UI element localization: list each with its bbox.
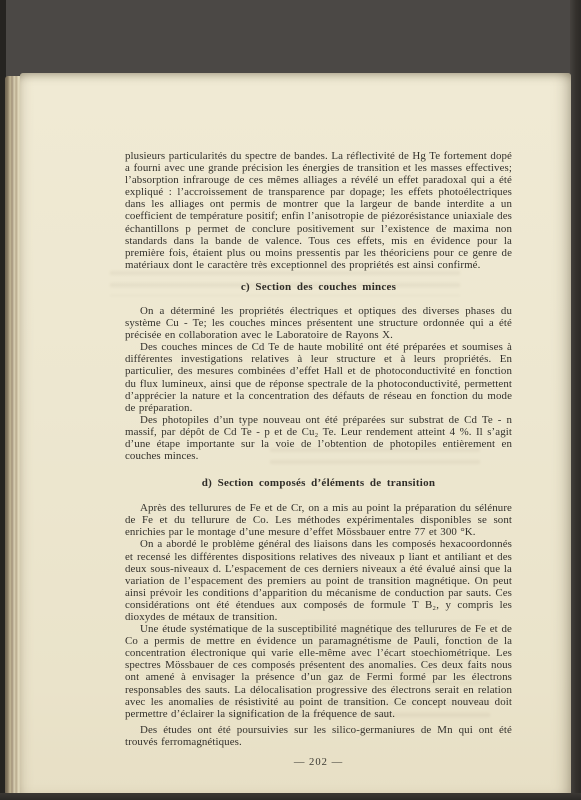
page-number: — 202 —: [125, 757, 512, 768]
section-c-paragraph-3: Des photopiles d’un type nouveau ont été…: [125, 414, 512, 462]
section-d-paragraph-2: On a abordé le problème général des liai…: [125, 538, 512, 623]
section-d-paragraph-4: Des études ont été poursuivies sur les s…: [125, 724, 512, 748]
section-d-paragraph-1: Après des tellurures de Fe et de Cr, on …: [125, 502, 512, 538]
section-d-heading: d) Section composés d’éléments de transi…: [125, 477, 512, 489]
scanner-backdrop-right: [570, 0, 581, 800]
section-c-paragraph-1: On a déterminé les propriétés électrique…: [125, 305, 512, 341]
scanner-backdrop-bottom: [0, 793, 581, 800]
section-c-paragraph-2: Des couches minces de Cd Te de haute mob…: [125, 341, 512, 414]
page-text-block: plusieurs particularités du spectre de b…: [125, 150, 512, 768]
section-c-heading: c) Section des couches minces: [125, 281, 512, 293]
paragraph-intro-continuation: plusieurs particularités du spectre de b…: [125, 150, 512, 271]
document-page: plusieurs particularités du spectre de b…: [20, 73, 571, 793]
section-d-paragraph-3: Une étude systématique de la susceptibil…: [125, 623, 512, 720]
book-page-stack-edge: [5, 76, 21, 794]
